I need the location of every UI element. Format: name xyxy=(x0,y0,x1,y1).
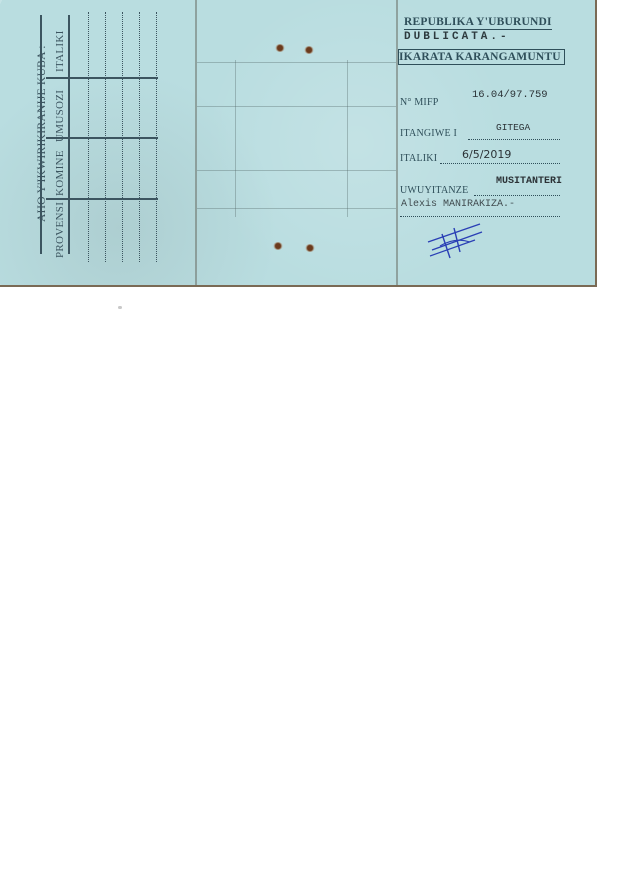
entry-row-line xyxy=(139,12,140,262)
card-title: IKARATA KARANGAMUNTU xyxy=(398,49,565,65)
scan-speck xyxy=(118,306,122,309)
field-label-mifp: N° MIFP xyxy=(400,97,438,108)
dotted-line xyxy=(468,139,560,140)
duplicate-stamp: DUBLICATA.- xyxy=(404,31,510,43)
residence-table: AHO Y'IKWIRIKIRANIJE KUBA : PROVENSI KOM… xyxy=(40,12,160,262)
staple-mark xyxy=(304,46,314,54)
residence-table-panel: AHO Y'IKWIRIKIRANIJE KUBA : PROVENSI KOM… xyxy=(0,0,195,287)
id-card-scan: AHO Y'IKWIRIKIRANIJE KUBA : PROVENSI KOM… xyxy=(0,0,597,287)
field-label-issuer: UWUYITANZE xyxy=(400,185,468,196)
republic-header: REPUBLIKA Y'UBURUNDI xyxy=(404,16,552,30)
crease xyxy=(197,170,396,171)
crease xyxy=(347,60,348,217)
issuer-name: Alexis MANIRAKIZA.- xyxy=(401,199,515,210)
column-divider xyxy=(46,198,158,200)
staple-mark xyxy=(305,244,315,252)
dotted-line xyxy=(474,195,560,196)
signature-icon xyxy=(420,212,490,262)
entry-row-line xyxy=(156,12,157,262)
card-details-panel: REPUBLIKA Y'UBURUNDI DUBLICATA.- IKARATA… xyxy=(398,0,596,287)
table-border xyxy=(68,15,70,254)
column-header-umusozi: UMUSOZI xyxy=(54,90,66,142)
crease xyxy=(197,106,396,107)
column-divider xyxy=(46,77,158,79)
photo-panel xyxy=(197,0,396,287)
column-header-provensi: PROVENSI xyxy=(54,202,66,258)
column-header-italiki: ITALIKI xyxy=(54,30,66,72)
crease xyxy=(235,60,236,217)
entry-row-line xyxy=(122,12,123,262)
entry-row-line xyxy=(105,12,106,262)
staple-mark xyxy=(275,44,285,52)
field-value-issuer: MUSITANTERI xyxy=(496,176,562,187)
field-label-date: ITALIKI xyxy=(400,153,437,164)
dotted-line xyxy=(440,163,560,164)
column-header-komine: KOMINE xyxy=(54,150,66,196)
field-value-mifp: 16.04/97.759 xyxy=(472,89,548,101)
column-divider xyxy=(46,137,158,139)
crease xyxy=(197,62,396,63)
residence-table-title: AHO Y'IKWIRIKIRANIJE KUBA : xyxy=(36,45,48,222)
staple-mark xyxy=(273,242,283,250)
field-value-date: 6/5/2019 xyxy=(462,148,511,161)
crease xyxy=(197,208,396,209)
field-label-issued-at: ITANGIWE I xyxy=(400,128,457,139)
entry-row-line xyxy=(88,12,89,262)
field-value-issued-at: GITEGA xyxy=(496,122,530,133)
table-border xyxy=(40,15,42,254)
